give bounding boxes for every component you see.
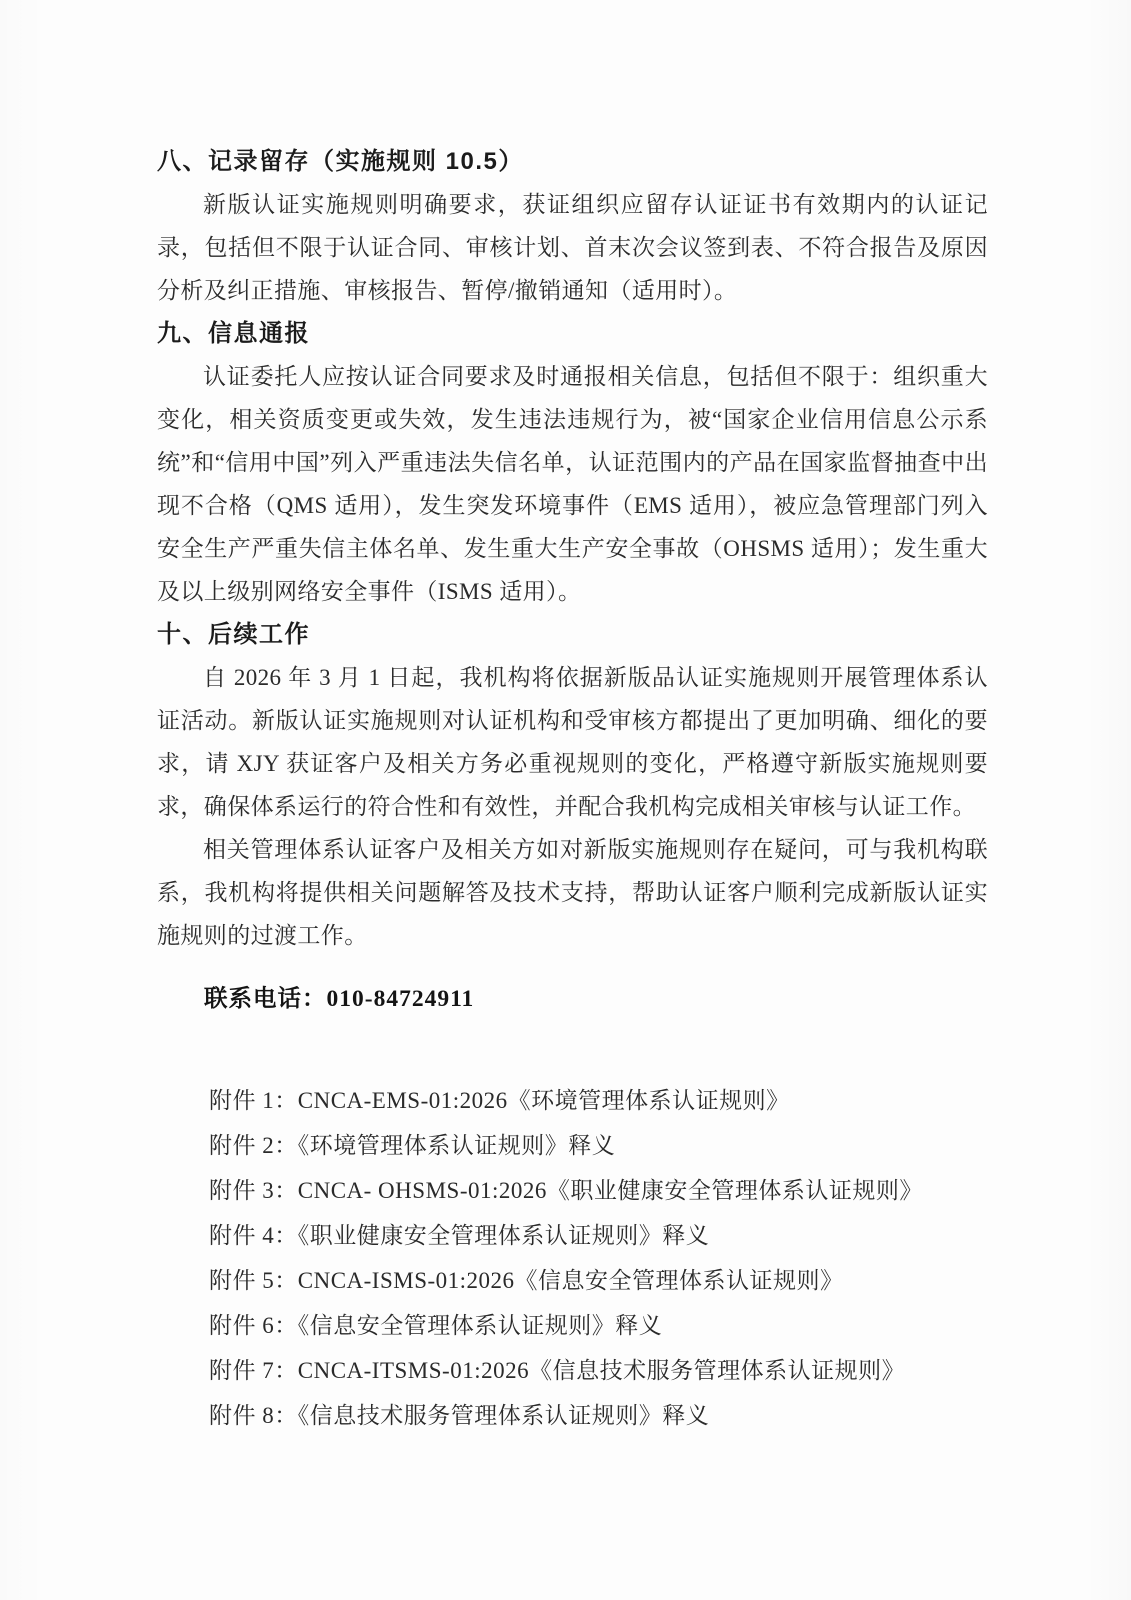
section-heading-information-reporting: 九、信息通报 — [157, 312, 988, 355]
attachment-list: 附件 1：CNCA-EMS-01:2026《环境管理体系认证规则》 附件 2：《… — [157, 1078, 988, 1438]
section-records-retention: 八、记录留存（实施规则 10.5） 新版认证实施规则明确要求，获证组织应留存认证… — [157, 140, 988, 312]
contact-phone-number: 010-84724911 — [327, 986, 475, 1012]
attachment-item: 附件 4：《职业健康安全管理体系认证规则》释义 — [209, 1213, 988, 1258]
paragraph: 自 2026 年 3 月 1 日起，我机构将依据新版品认证实施规则开展管理体系认… — [157, 656, 988, 828]
attachment-item: 附件 6：《信息安全管理体系认证规则》释义 — [209, 1303, 988, 1348]
contact-phone-line: 联系电话：010-84724911 — [157, 977, 988, 1021]
attachment-item: 附件 5：CNCA-ISMS-01:2026《信息安全管理体系认证规则》 — [209, 1258, 988, 1303]
section-heading-records-retention: 八、记录留存（实施规则 10.5） — [157, 140, 988, 183]
paragraph: 新版认证实施规则明确要求，获证组织应留存认证证书有效期内的认证记录，包括但不限于… — [157, 183, 988, 312]
scanned-document-page: { "document": { "sections": [ { "heading… — [0, 0, 1131, 1600]
attachment-item: 附件 7：CNCA-ITSMS-01:2026《信息技术服务管理体系认证规则》 — [209, 1348, 988, 1393]
section-follow-up-work: 十、后续工作 自 2026 年 3 月 1 日起，我机构将依据新版品认证实施规则… — [157, 613, 988, 957]
paragraph: 相关管理体系认证客户及相关方如对新版实施规则存在疑问，可与我机构联系，我机构将提… — [157, 828, 988, 957]
contact-phone-label: 联系电话： — [204, 985, 327, 1011]
attachment-item: 附件 1：CNCA-EMS-01:2026《环境管理体系认证规则》 — [209, 1078, 988, 1123]
paragraph: 认证委托人应按认证合同要求及时通报相关信息，包括但不限于：组织重大变化，相关资质… — [157, 355, 988, 613]
attachment-item: 附件 2：《环境管理体系认证规则》释义 — [209, 1123, 988, 1168]
attachment-item: 附件 3：CNCA- OHSMS-01:2026《职业健康安全管理体系认证规则》 — [209, 1168, 988, 1213]
attachment-item: 附件 8：《信息技术服务管理体系认证规则》释义 — [209, 1393, 988, 1438]
section-heading-follow-up-work: 十、后续工作 — [157, 613, 988, 656]
section-information-reporting: 九、信息通报 认证委托人应按认证合同要求及时通报相关信息，包括但不限于：组织重大… — [157, 312, 988, 613]
document-body: 八、记录留存（实施规则 10.5） 新版认证实施规则明确要求，获证组织应留存认证… — [157, 140, 988, 1438]
